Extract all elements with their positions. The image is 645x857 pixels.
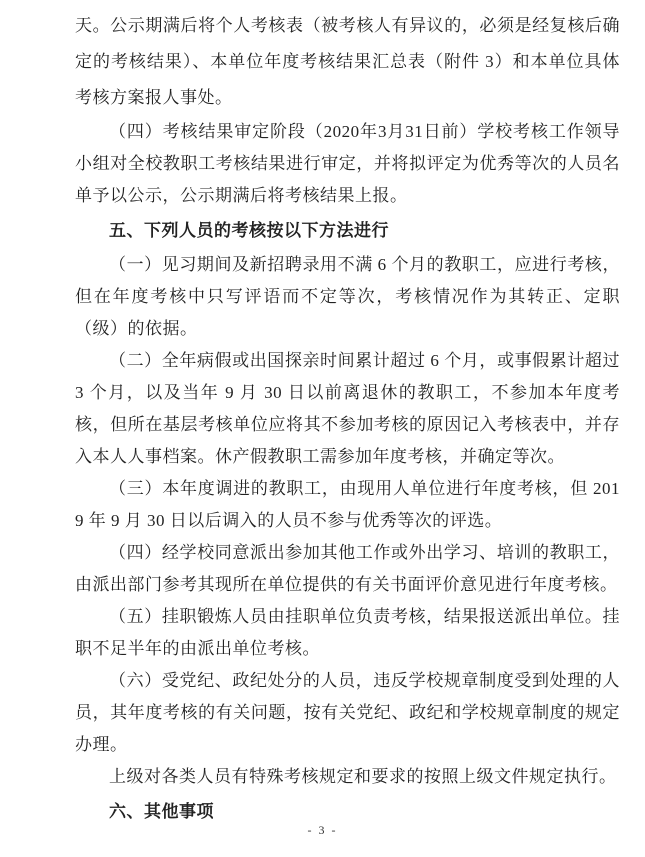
paragraph-item-6: （六）受党纪、政纪处分的人员，违反学校规章制度受到处理的人员，其年度考核的有关问… bbox=[75, 665, 620, 761]
document-page: 天。公示期满后将个人考核表（被考核人有异议的，必须是经复核后确定的考核结果）、本… bbox=[0, 0, 645, 857]
page-content: 天。公示期满后将个人考核表（被考核人有异议的，必须是经复核后确定的考核结果）、本… bbox=[75, 8, 620, 830]
page-number: - 3 - bbox=[0, 822, 645, 838]
paragraph-stage-4-review: （四）考核结果审定阶段（2020年3月31日前）学校考核工作领导小组对全校教职工… bbox=[75, 116, 620, 212]
paragraph-item-2: （二）全年病假或出国探亲时间累计超过 6 个月，或事假累计超过 3 个月，以及当… bbox=[75, 345, 620, 473]
paragraph-item-1: （一）见习期间及新招聘录用不满 6 个月的教职工，应进行考核，但在年度考核中只写… bbox=[75, 249, 620, 345]
paragraph-continuation: 天。公示期满后将个人考核表（被考核人有异议的，必须是经复核后确定的考核结果）、本… bbox=[75, 8, 620, 116]
paragraph-item-3: （三）本年度调进的教职工，由现用人单位进行年度考核，但 2019 年 9 月 3… bbox=[75, 473, 620, 537]
paragraph-item-5: （五）挂职锻炼人员由挂职单位负责考核，结果报送派出单位。挂职不足半年的由派出单位… bbox=[75, 601, 620, 665]
paragraph-special-provisions: 上级对各类人员有特殊考核规定和要求的按照上级文件规定执行。 bbox=[75, 761, 620, 793]
paragraph-item-4: （四）经学校同意派出参加其他工作或外出学习、培训的教职工，由派出部门参考其现所在… bbox=[75, 537, 620, 601]
section-heading-five: 五、下列人员的考核按以下方法进行 bbox=[75, 215, 620, 247]
